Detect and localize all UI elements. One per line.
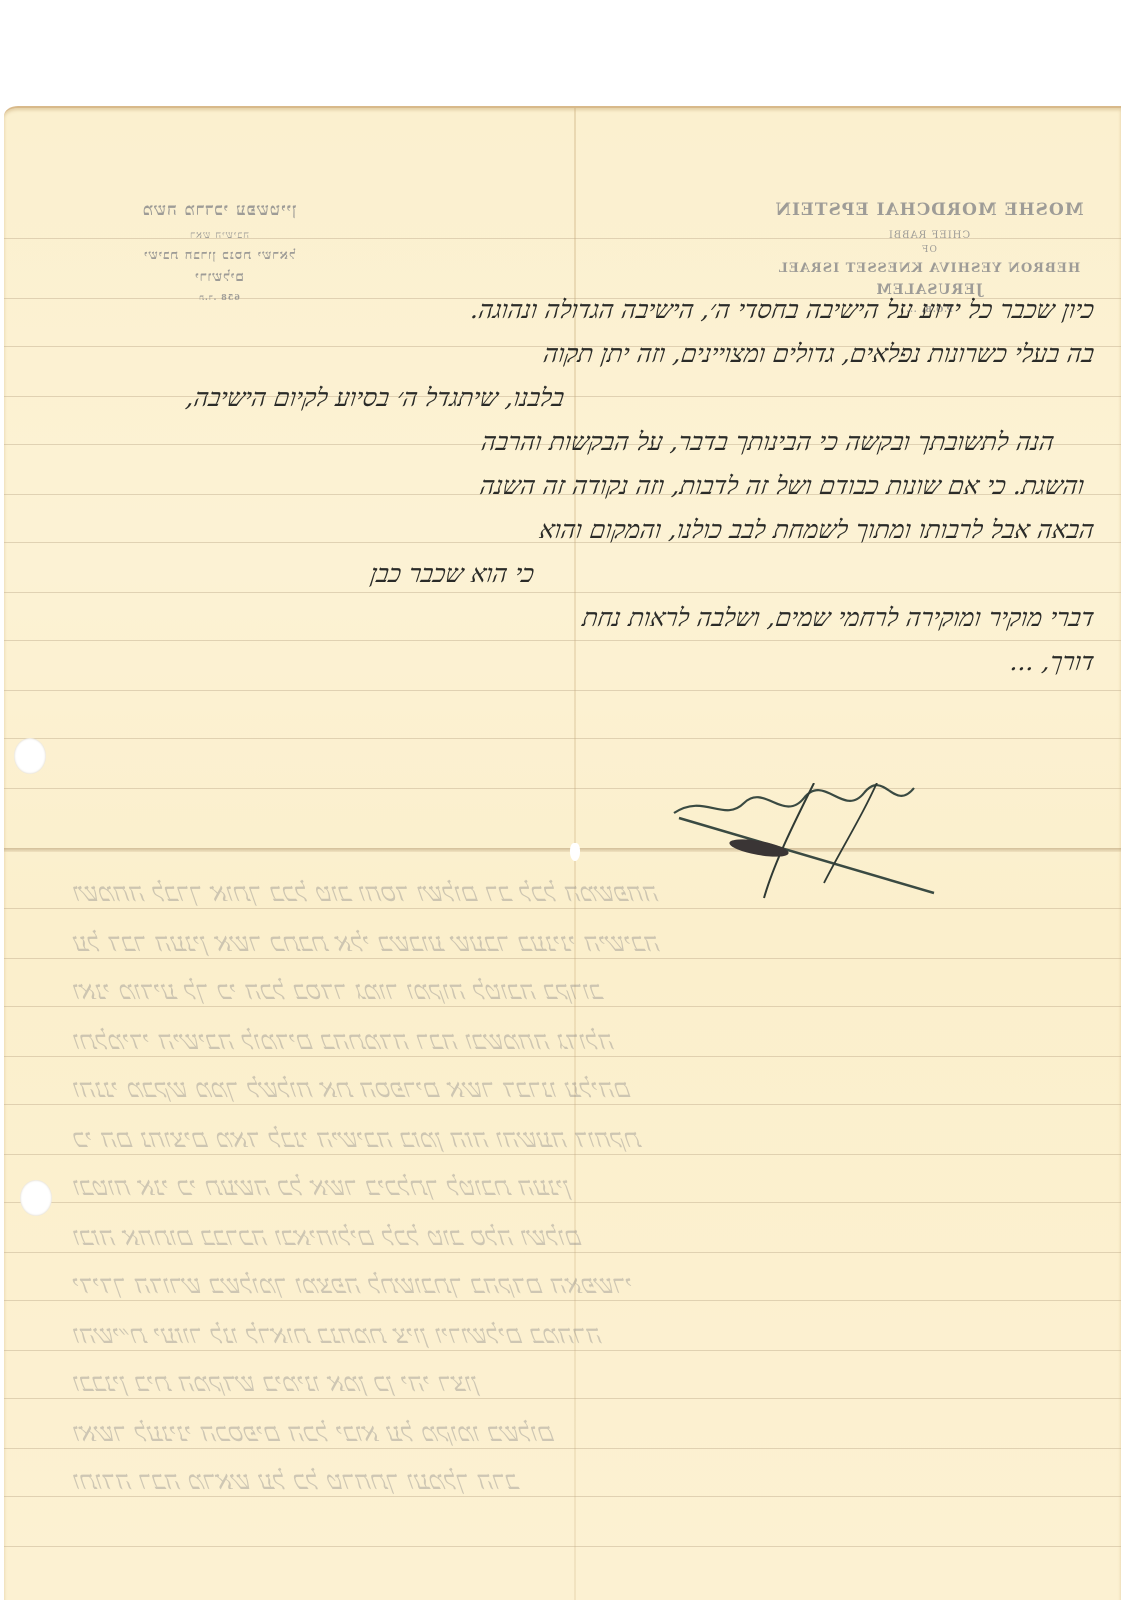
- letterhead-name: MOSHE MORDCHAI EPSTEIN: [764, 200, 1094, 220]
- reverse-side-bleed-through: ובזה אחתום בברכה ובאיחולים לכל טוב סלה ו…: [70, 1222, 1097, 1262]
- reverse-side-bleed-through: ותודה רבה מראש על כל טרחתך ועמלך הרב: [70, 1466, 1097, 1506]
- letter-sheet: MOSHE MORDCHAI EPSTEIN CHIEF RABBI OF HE…: [4, 106, 1121, 1600]
- letterhead-title: CHIEF RABBI: [764, 230, 1094, 241]
- letter-line: בה בעלי כשרונות נפלאים, גדולים ומצויינים…: [31, 332, 1097, 376]
- reverse-side-bleed-through: ובבנין בית המקדש בימינו אמן כן יהי רצון: [70, 1368, 1097, 1408]
- letterhead-title-hebrew: ראש הישיבה: [44, 230, 394, 241]
- letter-line: דברי מוקיר ומוקירה לרחמי שמים, ושלבה לרא…: [31, 596, 1097, 640]
- letterhead-institution-hebrew: ישיבת חברון כנסת ישראל: [44, 247, 394, 263]
- reverse-side-bleed-through: ידידך הדורש בשלומך ומצפה לתשובתך בהקדם ה…: [70, 1270, 1097, 1310]
- letterhead-institution: HEBRON YESHIVA KNESSET ISRAEL: [764, 261, 1094, 276]
- ruled-line: [4, 738, 1121, 739]
- fold-tear: [570, 843, 580, 861]
- reverse-side-bleed-through: על דבר הענין אשר כתבת אלי בשבוע שעבר בענ…: [70, 928, 1097, 968]
- ruled-line: [4, 690, 1121, 691]
- reverse-side-bleed-through: ובטוח אני כי תעשה כל אשר ביכלתך לטובת הע…: [70, 1172, 1097, 1212]
- letterhead-of: OF: [764, 245, 1094, 255]
- reverse-side-bleed-through: ואני מודיע לך כי הכל בסדר גמור ומקוה לטו…: [70, 976, 1097, 1016]
- ruled-line: [4, 788, 1121, 789]
- reverse-side-bleed-through: ואשר לעניני הכספים הכל יבוא על מקומו בשל…: [70, 1418, 1097, 1458]
- letter-closing: דורך, ...: [31, 640, 1097, 684]
- letter-line: הנה לתשובתך ובקשה כי הבינותך בדבר, על הב…: [31, 420, 1097, 464]
- letter-line: בלבנו, שיתגדל ה׳ בסיוע לקיום הישיבה,: [31, 376, 1097, 420]
- signature: [664, 783, 944, 913]
- letterhead-city-hebrew: ירושלים: [44, 269, 394, 286]
- letter-line: כיון שכבר כל ידוע על הישיבה בחסדי ה׳, הי…: [31, 288, 1097, 332]
- reverse-side-bleed-through: והנני מבקש ממך לשלוח את הספרים אשר דברנו…: [70, 1074, 1097, 1114]
- ruled-line: [4, 1546, 1121, 1547]
- punch-hole: [14, 738, 46, 774]
- letter-body: כיון שכבר כל ידוע על הישיבה בחסדי ה׳, הי…: [34, 288, 1094, 684]
- horizontal-fold-crease: [4, 848, 1121, 852]
- letter-line: כי הוא שכבר כבן: [31, 552, 1097, 596]
- letterhead-hebrew: משה מרדכי עפשטיין ראש הישיבה ישיבת חברון…: [44, 200, 394, 302]
- letter-line: הבאה אבל לרבותו ומתוך לשמחת לבב כולנו, ו…: [31, 508, 1097, 552]
- reverse-side-bleed-through: ותלמידי הישיבה לומדים בהתמדה רבה ובשמחה …: [70, 1026, 1097, 1066]
- punch-hole: [20, 1180, 52, 1216]
- letter-line: והשגת. כי אם שונות כבודם ושל זה לדבות, ו…: [31, 464, 1097, 508]
- reverse-side-bleed-through: כי הם נחוצים מאד לבני הישיבה בזמן הזה וה…: [70, 1124, 1097, 1164]
- reverse-side-bleed-through: והשי״ת יעזור לנו לראות בנחמת ציון וירושל…: [70, 1320, 1097, 1360]
- letterhead-name-hebrew: משה מרדכי עפשטיין: [44, 200, 394, 220]
